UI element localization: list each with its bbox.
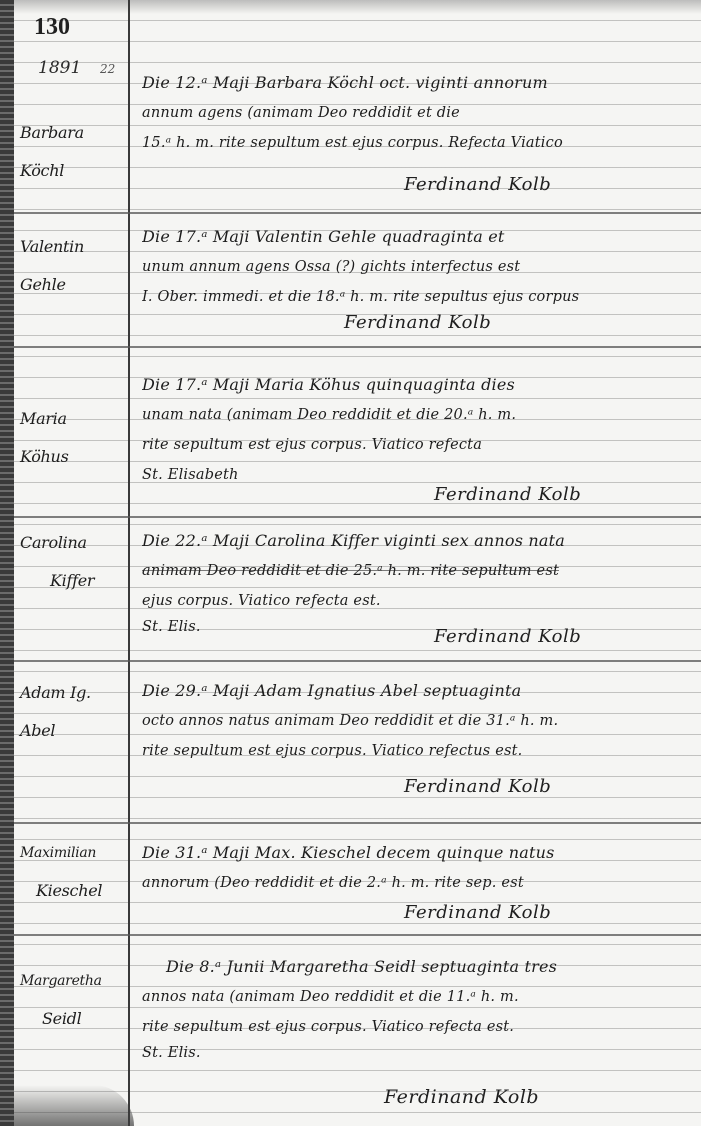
surname: Kiffer bbox=[20, 562, 128, 600]
entry-line: Die 31.ᵃ Maji Max. Kieschel decem quinqu… bbox=[142, 838, 687, 868]
entry-text: Die 8.ᵃ Junii Margaretha Seidl septuagin… bbox=[142, 952, 687, 1064]
scan-shadow bbox=[14, 1085, 134, 1126]
entry-line: unum annum agens Ossa (?) gichts interfe… bbox=[142, 252, 687, 282]
entry-line: I. Ober. immedi. et die 18.ᵃ h. m. rite … bbox=[142, 282, 687, 312]
entry-text: Die 29.ᵃ Maji Adam Ignatius Abel septuag… bbox=[142, 676, 687, 766]
deceased-name: Carolina Kiffer bbox=[20, 524, 128, 600]
entry-line: unam nata (animam Deo reddidit et die 20… bbox=[142, 400, 687, 430]
priest-signature: Ferdinand Kolb bbox=[404, 776, 551, 797]
priest-signature: Ferdinand Kolb bbox=[404, 902, 551, 923]
priest-signature: Ferdinand Kolb bbox=[344, 312, 491, 333]
given-name: Valentin bbox=[20, 228, 128, 266]
entry-line: octo annos natus animam Deo reddidit et … bbox=[142, 706, 687, 736]
entry-text: Die 22.ᵃ Maji Carolina Kiffer viginti se… bbox=[142, 526, 687, 638]
entry-line: Die 22.ᵃ Maji Carolina Kiffer viginti se… bbox=[142, 526, 687, 556]
burial-entry: Barbara Köchl Die 12.ᵃ Maji Barbara Köch… bbox=[14, 62, 701, 212]
entry-line: Die 17.ᵃ Maji Valentin Gehle quadraginta… bbox=[142, 222, 687, 252]
entry-line: 15.ᵃ h. m. rite sepultum est ejus corpus… bbox=[142, 128, 687, 158]
deceased-name: Barbara Köchl bbox=[20, 114, 128, 190]
entry-line: rite sepultum est ejus corpus. Viatico r… bbox=[142, 430, 687, 460]
priest-signature: Ferdinand Kolb bbox=[404, 174, 551, 195]
burial-entry: Valentin Gehle Die 17.ᵃ Maji Valentin Ge… bbox=[14, 214, 701, 346]
entry-line: ejus corpus. Viatico refecta est. bbox=[142, 586, 687, 616]
entry-text: Die 17.ᵃ Maji Maria Köhus quinquaginta d… bbox=[142, 370, 687, 490]
surname: Abel bbox=[20, 712, 128, 750]
burial-entry: Carolina Kiffer Die 22.ᵃ Maji Carolina K… bbox=[14, 518, 701, 660]
burial-entry: Adam Ig. Abel Die 29.ᵃ Maji Adam Ignatiu… bbox=[14, 662, 701, 822]
surname: Köchl bbox=[20, 152, 128, 190]
register-page: 130 1891 22 Barbara Köchl Die 12.ᵃ Maji … bbox=[0, 0, 701, 1126]
book-binding bbox=[0, 0, 14, 1126]
deceased-name: Adam Ig. Abel bbox=[20, 674, 128, 750]
entry-line: annorum (Deo reddidit et die 2.ᵃ h. m. r… bbox=[142, 868, 687, 898]
priest-signature: Ferdinand Kolb bbox=[434, 484, 581, 505]
given-name: Margaretha bbox=[20, 962, 128, 1000]
deceased-name: Margaretha Seidl bbox=[20, 962, 128, 1038]
given-name: Maximilian bbox=[20, 834, 128, 872]
entry-line: St. Elis. bbox=[142, 1042, 687, 1064]
entry-line: Die 12.ᵃ Maji Barbara Köchl oct. viginti… bbox=[142, 68, 687, 98]
deceased-name: Valentin Gehle bbox=[20, 228, 128, 304]
entry-line: annum agens (animam Deo reddidit et die bbox=[142, 98, 687, 128]
surname: Kieschel bbox=[20, 872, 128, 910]
given-name: Carolina bbox=[20, 524, 128, 562]
entry-line: annos nata (animam Deo reddidit et die 1… bbox=[142, 982, 687, 1012]
given-name: Maria bbox=[20, 400, 128, 438]
entry-line: animam Deo reddidit et die 25.ᵃ h. m. ri… bbox=[142, 556, 687, 586]
entry-line: rite sepultum est ejus corpus. Viatico r… bbox=[142, 736, 687, 766]
given-name: Barbara bbox=[20, 114, 128, 152]
page-number: 130 bbox=[34, 14, 70, 41]
entry-line: Die 8.ᵃ Junii Margaretha Seidl septuagin… bbox=[142, 952, 687, 982]
entry-line: rite sepultum est ejus corpus. Viatico r… bbox=[142, 1012, 687, 1042]
entry-line: St. Elis. bbox=[142, 616, 687, 638]
entry-line: Die 29.ᵃ Maji Adam Ignatius Abel septuag… bbox=[142, 676, 687, 706]
page-edge-shadow bbox=[14, 0, 701, 14]
burial-entry: Maximilian Kieschel Die 31.ᵃ Maji Max. K… bbox=[14, 824, 701, 934]
surname: Gehle bbox=[20, 266, 128, 304]
surname: Seidl bbox=[20, 1000, 128, 1038]
deceased-name: Maria Köhus bbox=[20, 400, 128, 476]
entry-line: St. Elisabeth bbox=[142, 460, 687, 490]
entry-text: Die 31.ᵃ Maji Max. Kieschel decem quinqu… bbox=[142, 838, 687, 898]
entry-text: Die 12.ᵃ Maji Barbara Köchl oct. viginti… bbox=[142, 68, 687, 158]
entry-text: Die 17.ᵃ Maji Valentin Gehle quadraginta… bbox=[142, 222, 687, 312]
entry-line: Die 17.ᵃ Maji Maria Köhus quinquaginta d… bbox=[142, 370, 687, 400]
surname: Köhus bbox=[20, 438, 128, 476]
deceased-name: Maximilian Kieschel bbox=[20, 834, 128, 910]
priest-signature: Ferdinand Kolb bbox=[384, 1086, 539, 1108]
priest-signature: Ferdinand Kolb bbox=[434, 626, 581, 647]
burial-entry: Maria Köhus Die 17.ᵃ Maji Maria Köhus qu… bbox=[14, 348, 701, 516]
given-name: Adam Ig. bbox=[20, 674, 128, 712]
